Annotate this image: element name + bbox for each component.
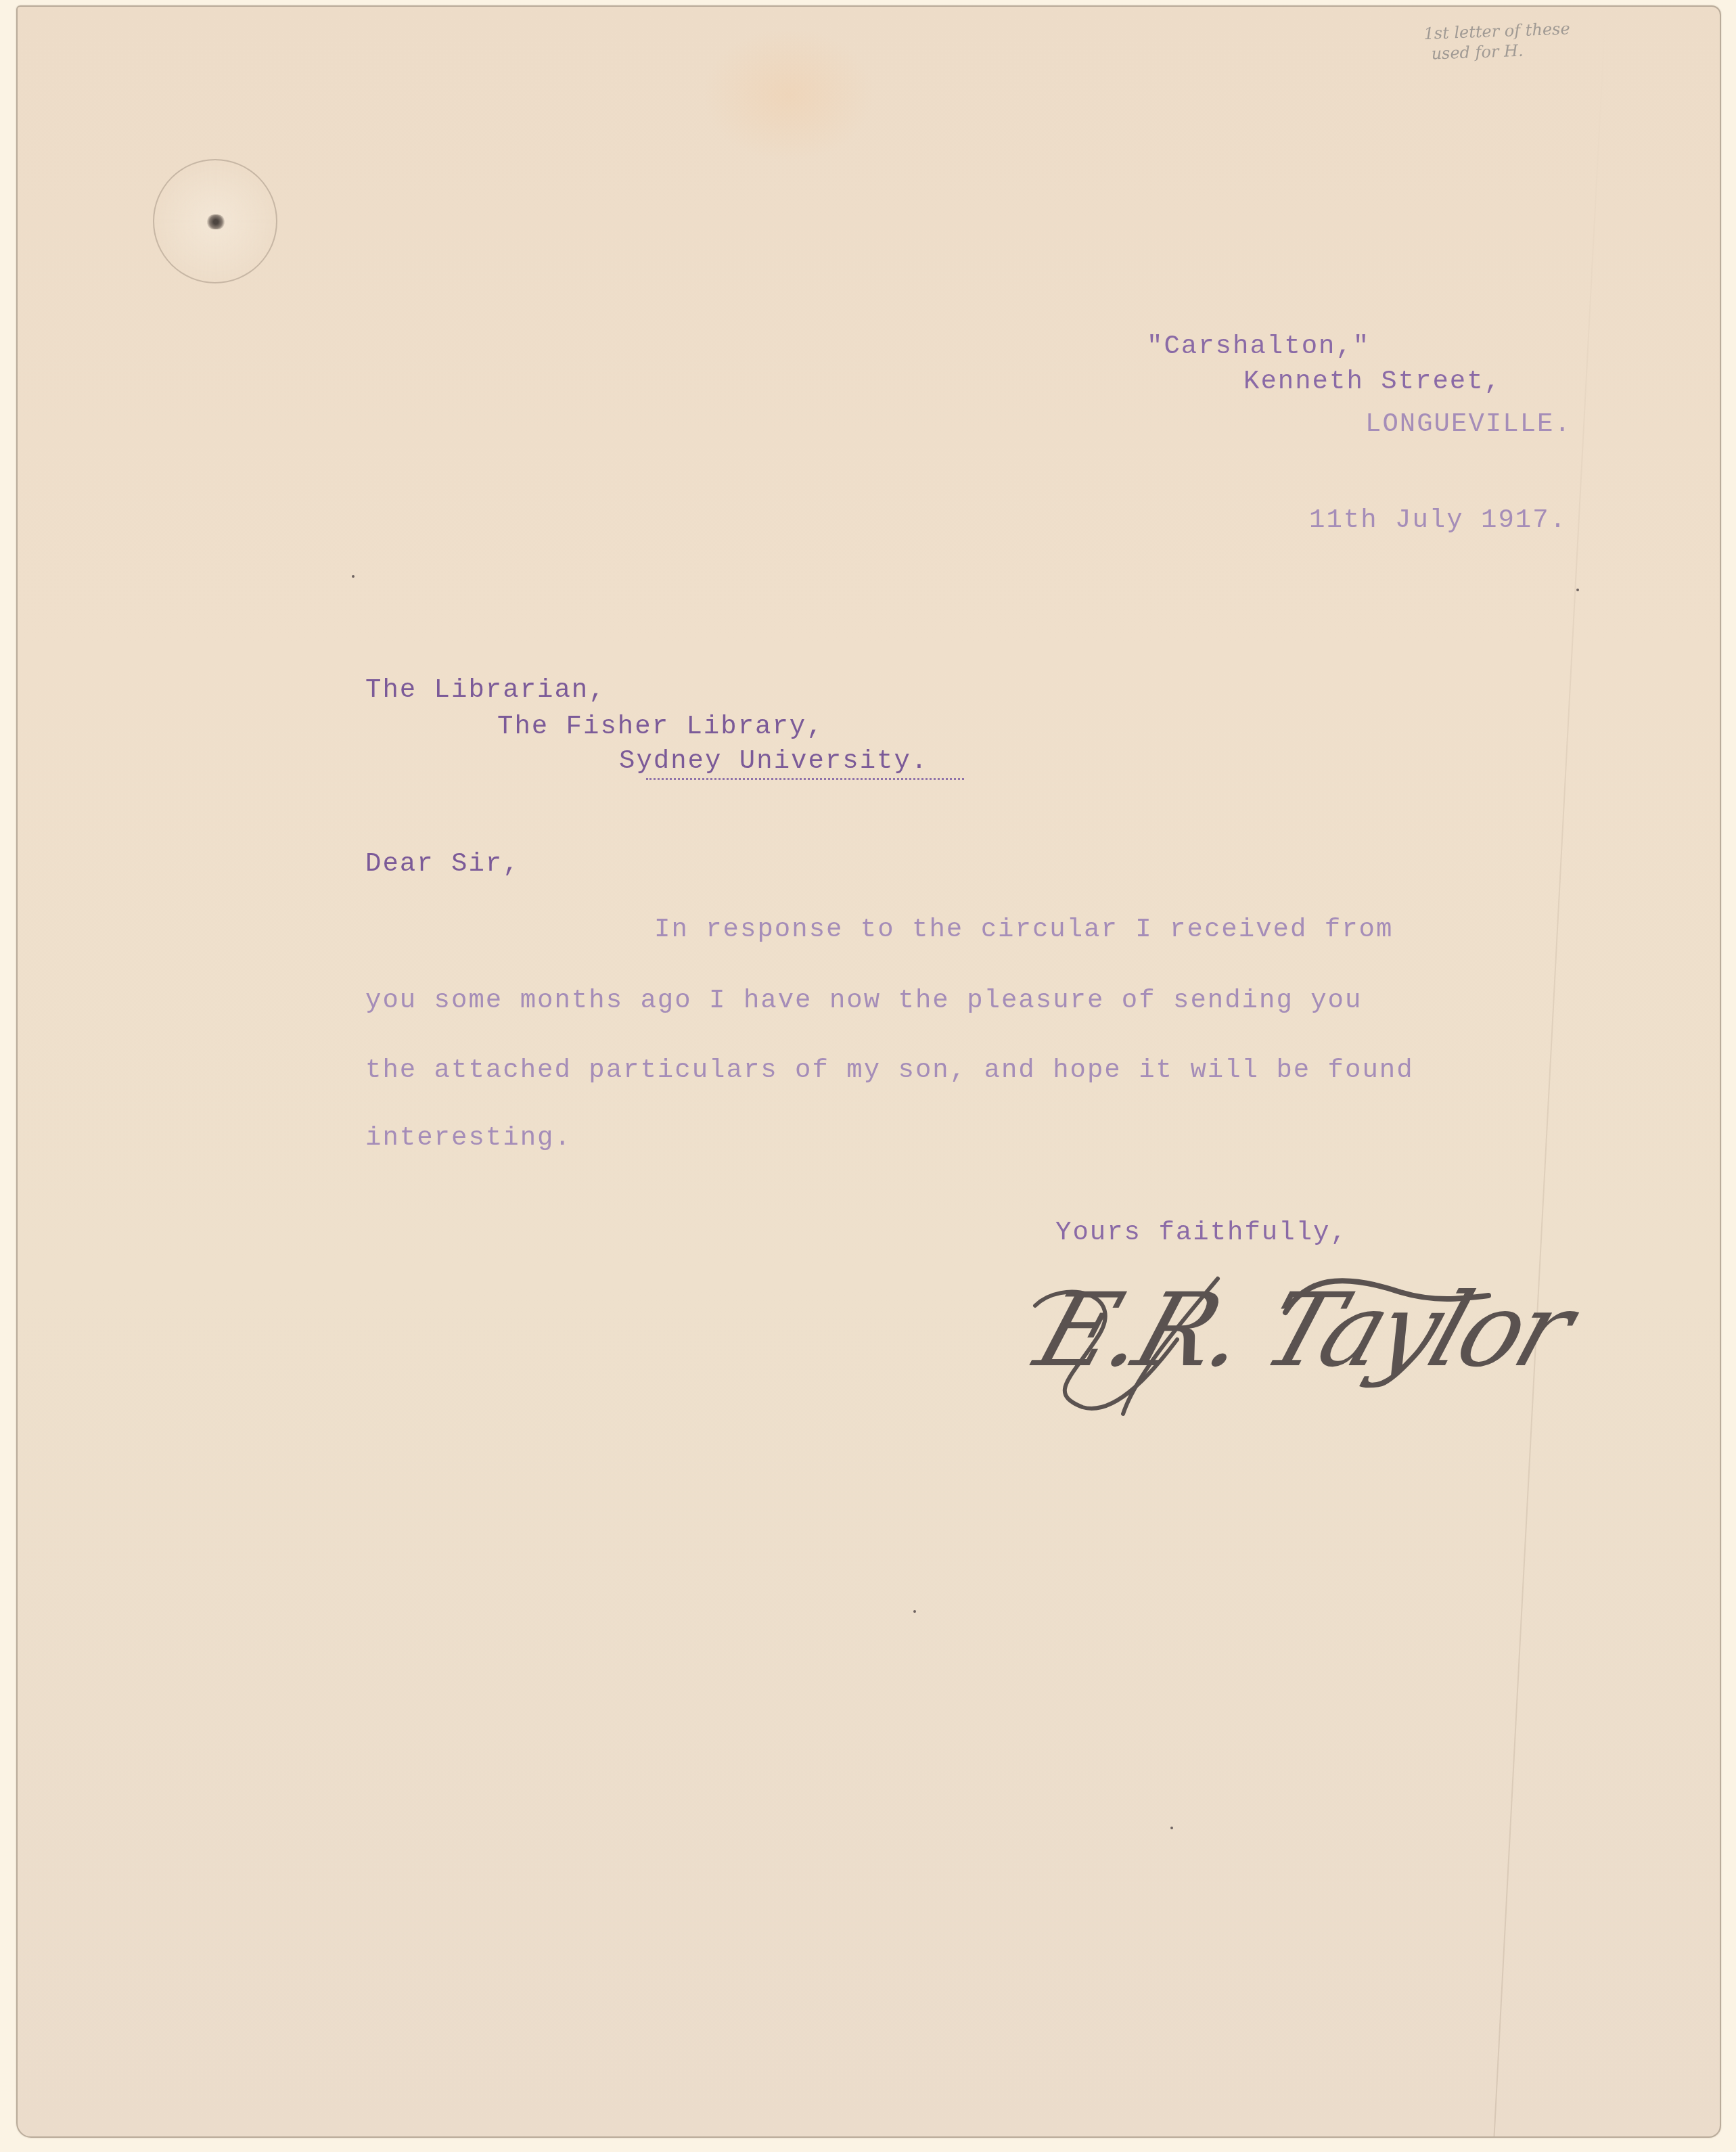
body-line-2: you some months ago I have now the pleas… bbox=[365, 986, 1362, 1015]
closing: Yours faithfully, bbox=[1055, 1218, 1348, 1247]
body-line-1: In response to the circular I received f… bbox=[654, 915, 1393, 944]
recipient-underline bbox=[646, 778, 964, 780]
paper-speck bbox=[1576, 589, 1579, 591]
paper-speck bbox=[1170, 1827, 1173, 1829]
sender-address-line-2: Kenneth Street, bbox=[1243, 367, 1501, 396]
signature-text: E.R. Taylor bbox=[1023, 1272, 1584, 1390]
recipient-line-1: The Librarian, bbox=[365, 675, 606, 705]
letter-date: 11th July 1917. bbox=[1309, 505, 1567, 535]
body-line-4: interesting. bbox=[365, 1123, 572, 1153]
sender-address-line-1: "Carshalton," bbox=[1147, 331, 1370, 361]
body-line-3: the attached particulars of my son, and … bbox=[365, 1055, 1414, 1085]
recipient-line-3: Sydney University. bbox=[619, 746, 928, 776]
paper-speck bbox=[913, 1610, 916, 1613]
handwritten-signature: E.R. Taylor bbox=[1022, 1265, 1597, 1441]
punch-hole-mark bbox=[153, 159, 277, 283]
paper-speck bbox=[352, 575, 355, 578]
paper-crease bbox=[1494, 7, 1607, 2136]
sender-address-line-3: LONGUEVILLE. bbox=[1365, 409, 1572, 439]
salutation: Dear Sir, bbox=[365, 849, 520, 879]
punch-hole-center bbox=[207, 214, 225, 229]
recipient-line-2: The Fisher Library, bbox=[497, 712, 824, 741]
pencil-annotation: 1st letter of these used for H. bbox=[1423, 17, 1614, 64]
